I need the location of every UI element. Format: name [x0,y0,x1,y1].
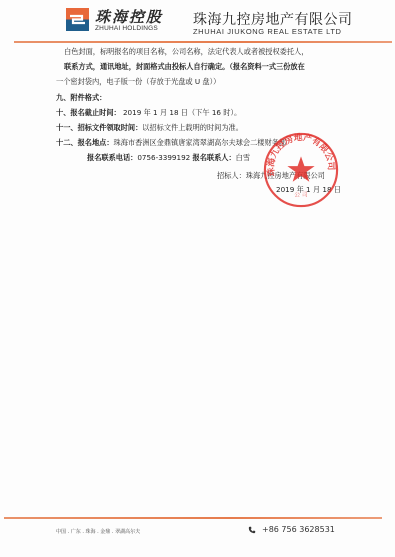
section-11-label: 十一、招标文件领取时间： [56,123,142,132]
footer-divider [4,517,382,519]
header-divider [14,41,392,43]
paragraph-line-1: 白色封面，标明报名的项目名称，公司名称，法定代表人或者被授权委托人， [64,44,308,59]
contact-label: 报名联系人： [193,153,236,162]
company-logo-icon [66,8,89,31]
phone-value: 0756-3399192 [137,153,192,162]
company-name-english: ZHUHAI JIUKONG REAL ESTATE LTD [193,27,342,36]
logo-english-name: ZHUHAI HOLDINGS [95,25,158,32]
paragraph-line-3: 一个密封袋内，电子版一份（存放于光盘或 U 盘）） [56,74,220,89]
section-12-value: 珠海市香洲区金鼎镇唐家湾翠湖高尔夫球会二楼财务部 [114,138,287,147]
phone-label: 报名联系电话： [87,153,137,162]
company-name-chinese: 珠海九控房地产有限公司 [193,9,353,29]
section-10-label: 十、报名截止时间： [56,108,121,117]
phone-icon [248,526,256,534]
contact-line: 报名联系电话：0756-3399192 报名联系人：白雪 [87,150,250,165]
section-9-heading: 九、附件格式： [56,90,106,105]
footer-address: 中国 . 广东 . 珠海 . 金鼎 . 翠湖高尔夫 [56,528,140,535]
section-10-value: 2019 年 1 月 18 日（下午 16 时）。 [121,108,242,117]
company-seal-icon: 珠海九控房地产有限公司 公 司 [262,131,340,209]
logo-chinese-name: 珠海控股 [95,6,163,27]
section-10: 十、报名截止时间： 2019 年 1 月 18 日（下午 16 时）。 [56,105,241,120]
paragraph-line-2: 联系方式，通讯地址，封面格式由投标人自行确定。（报名资料一式三份放在 [64,59,305,74]
footer-phone: +86 756 3628531 [248,525,335,534]
footer-phone-number: +86 756 3628531 [262,525,335,534]
svg-text:公 司: 公 司 [294,190,308,198]
section-12-label: 十二、报名地点： [56,138,114,147]
section-12: 十二、报名地点：珠海市香洲区金鼎镇唐家湾翠湖高尔夫球会二楼财务部 [56,135,286,150]
section-11: 十一、招标文件领取时间：以招标文件上载明的时间为准。 [56,120,243,135]
contact-value: 白雪 [236,153,250,162]
section-11-value: 以招标文件上载明的时间为准。 [142,123,243,132]
